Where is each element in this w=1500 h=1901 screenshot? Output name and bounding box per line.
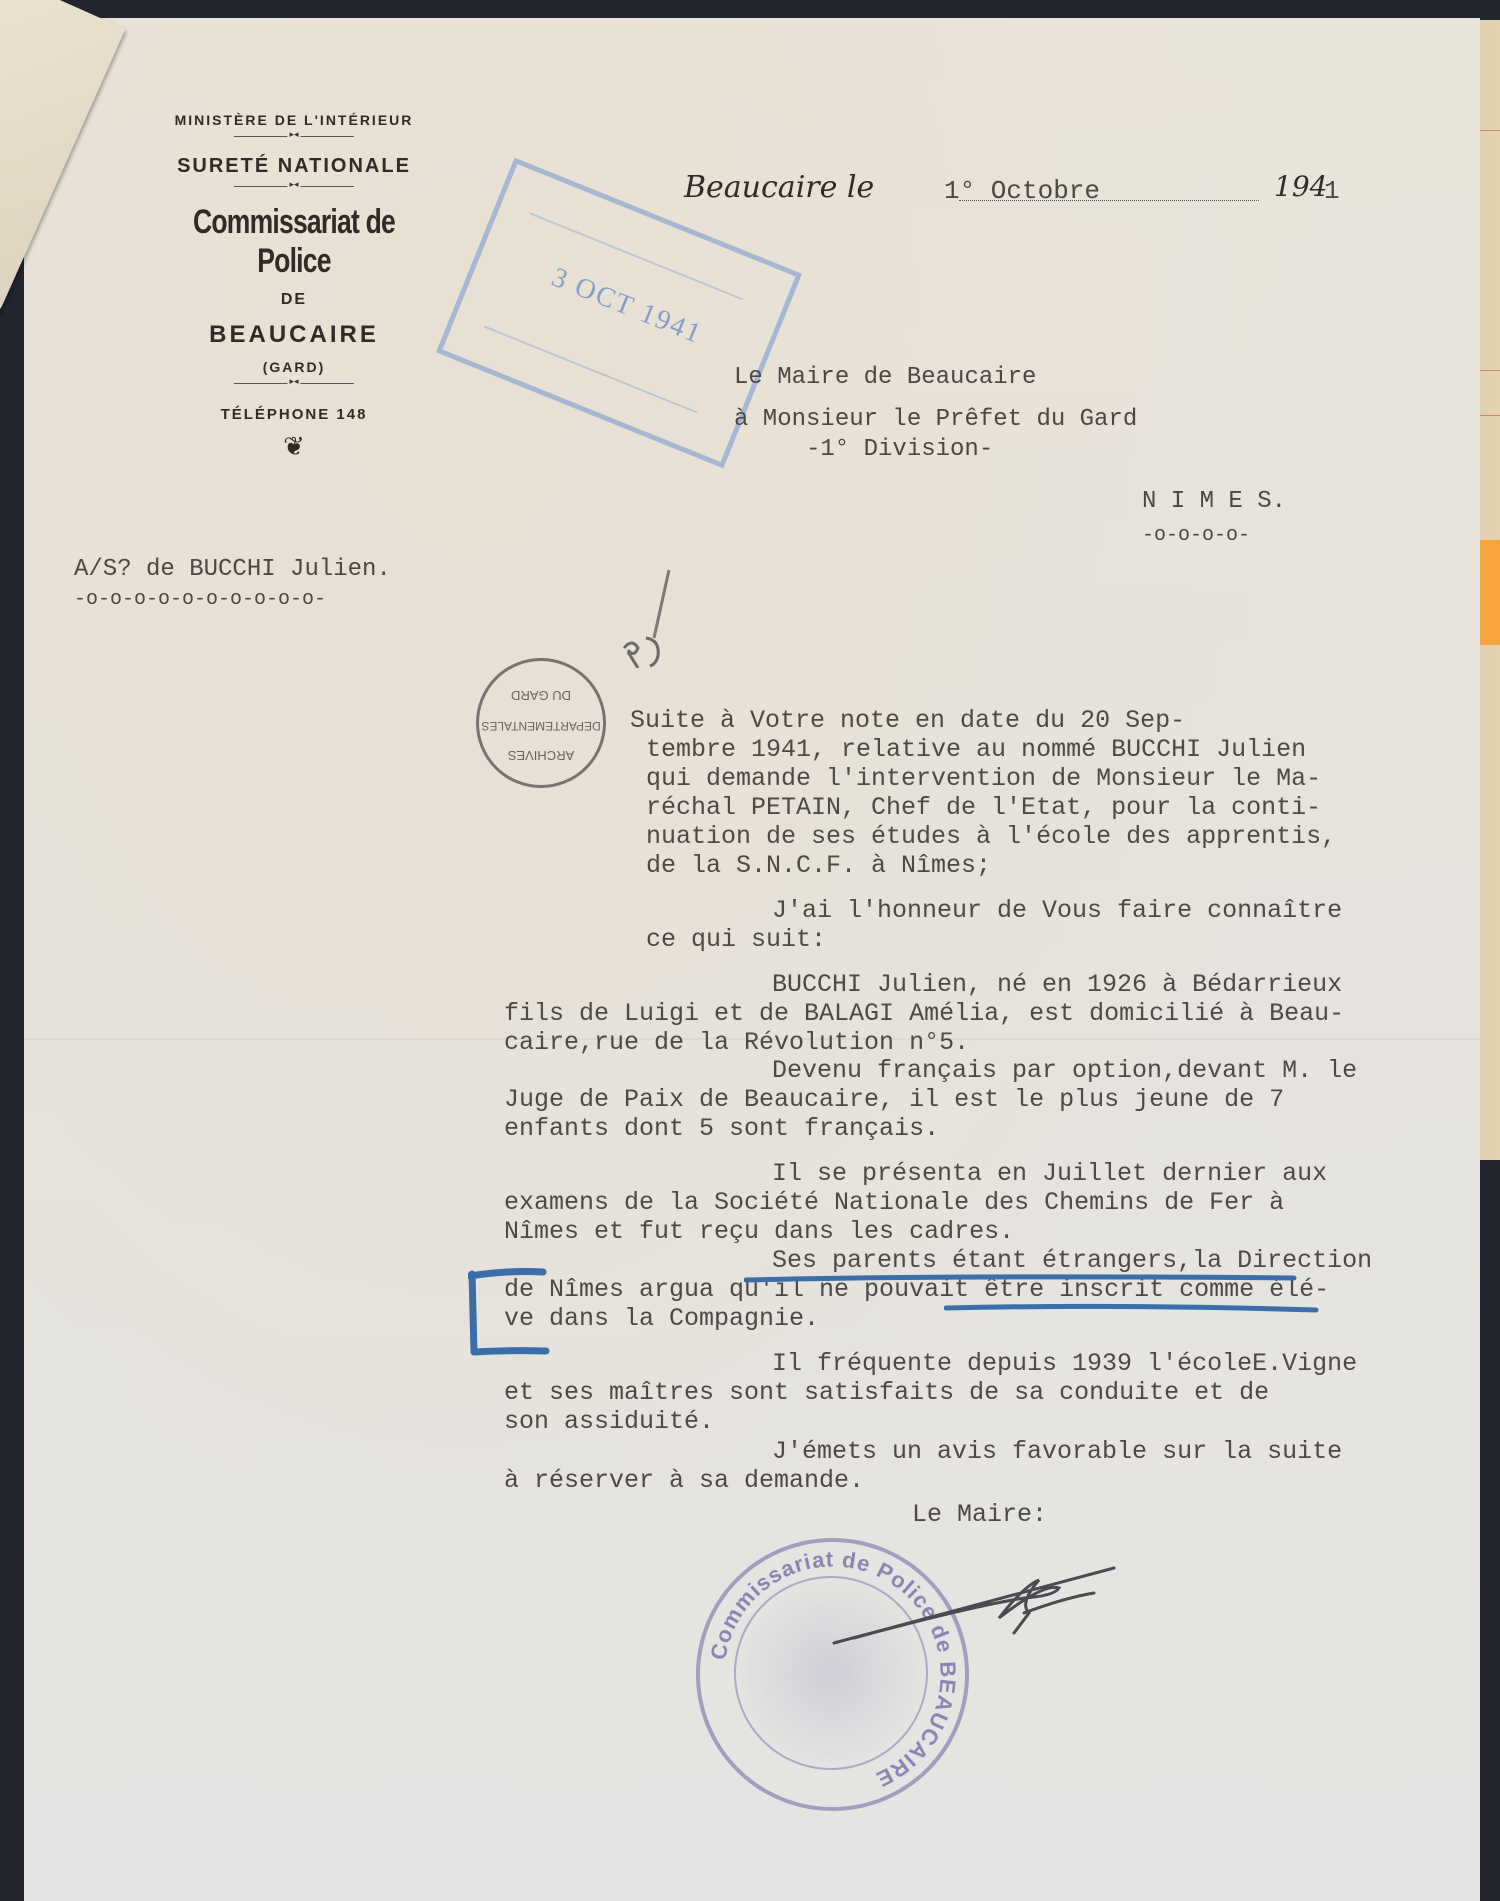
dateline-dotted-rule <box>959 200 1259 201</box>
body-line: caire,rue de la Révolution n°5. <box>504 1028 969 1057</box>
subject-divider: -o-o-o-o-o-o-o-o-o-o- <box>74 590 326 610</box>
blue-pencil-underline-icon <box>744 1272 1304 1286</box>
body-line: Il se présenta en Juillet dernier aux <box>772 1159 1327 1188</box>
divider-ornament <box>234 186 354 187</box>
body-line: réchal PETAIN, Chef de l'Etat, pour la c… <box>646 793 1321 822</box>
letterhead-city: BEAUCAIRE <box>124 321 464 349</box>
body-line: son assiduité. <box>504 1407 714 1436</box>
body-line: Nîmes et fut reçu dans les cadres. <box>504 1217 1014 1246</box>
dateline-year-typed: 1 <box>1324 178 1340 204</box>
body-line: enfants dont 5 sont français. <box>504 1114 939 1143</box>
archives-stamp-line3: DU GARD <box>479 688 603 703</box>
subject-line: A/S? de BUCCHI Julien. <box>74 558 391 582</box>
letter-page: MINISTÈRE DE L'INTÉRIEUR SURETÉ NATIONAL… <box>24 18 1480 1901</box>
letterhead: MINISTÈRE DE L'INTÉRIEUR SURETÉ NATIONAL… <box>124 108 464 462</box>
dateline-year-printed: 194 <box>1274 170 1327 203</box>
recipient-line: à Monsieur le Prêfet du Gard <box>734 408 1137 432</box>
body-line: Suite à Votre note en date du 20 Sep- <box>504 706 1185 735</box>
body-line: tembre 1941, relative au nommé BUCCHI Ju… <box>646 735 1306 764</box>
body-line: nuation de ses études à l'école des appr… <box>646 822 1336 851</box>
letterhead-surete: SURETÉ NATIONALE <box>124 155 464 178</box>
body-line: Devenu français par option,devant M. le <box>772 1056 1357 1085</box>
letterhead-phone: TÉLÉPHONE 148 <box>124 406 464 423</box>
pencil-annotation-icon <box>614 568 684 668</box>
body-line: Juge de Paix de Beaucaire, il est le plu… <box>504 1085 1284 1114</box>
body-line: examens de la Société Nationale des Chem… <box>504 1188 1284 1217</box>
sender-line: Le Maire de Beaucaire <box>734 366 1036 390</box>
divider-ornament <box>234 383 354 384</box>
archives-stamp-line1: ARCHIVES <box>479 748 603 763</box>
letterhead-department: (GARD) <box>124 359 464 375</box>
recipient-city: N I M E S. <box>1142 490 1286 514</box>
mayor-signature <box>824 1558 1124 1668</box>
body-line: ce qui suit: <box>646 925 826 954</box>
body-line: qui demande l'intervention de Monsieur l… <box>646 764 1321 793</box>
body-line: J'émets un avis favorable sur la suite <box>772 1437 1342 1466</box>
city-divider: -o-o-o-o- <box>1142 526 1250 546</box>
body-line: BUCCHI Julien, né en 1926 à Bédarrieux <box>772 970 1342 999</box>
dateline-place: Beaucaire le <box>684 170 874 205</box>
recipient-division: -1° Division- <box>806 438 993 462</box>
closing-line: Le Maire: <box>912 1500 1047 1529</box>
body-line: de la S.N.C.F. à Nîmes; <box>646 851 991 880</box>
body-line: et ses maîtres sont satisfaits de sa con… <box>504 1378 1269 1407</box>
body-line: à réserver à sa demande. <box>504 1466 864 1495</box>
blue-pencil-bracket-icon <box>468 1268 568 1358</box>
blue-pencil-underline-icon <box>944 1302 1324 1316</box>
body-line: Il fréquente depuis 1939 l'écoleE.Vigne <box>772 1349 1357 1378</box>
divider-ornament <box>234 136 354 137</box>
body-line: J'ai l'honneur de Vous faire connaître <box>772 896 1342 925</box>
body-line: fils de Luigi et de BALAGI Amélia, est d… <box>504 999 1344 1028</box>
flourish-ornament-icon: ❦ <box>124 431 464 462</box>
letterhead-office: Commissariat de Police <box>161 203 426 281</box>
body-line: Ses parents étant étrangers,la Direction <box>772 1246 1372 1275</box>
letterhead-ministry: MINISTÈRE DE L'INTÉRIEUR <box>124 112 464 128</box>
letterhead-de: DE <box>124 291 464 309</box>
